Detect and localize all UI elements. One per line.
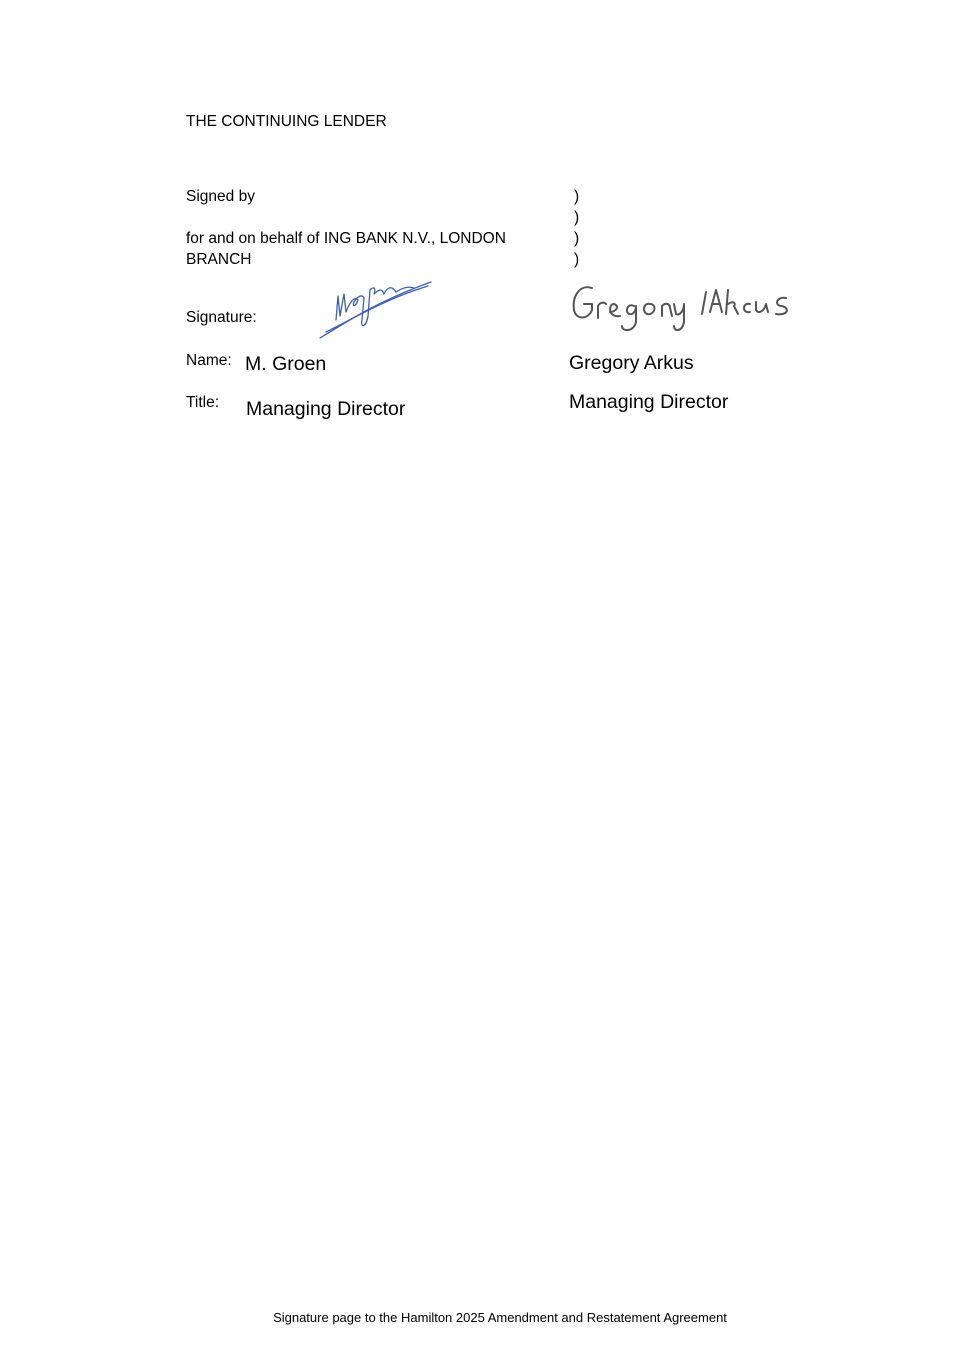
signature-image-groen [318,276,433,340]
signatory-2-title: Managing Director [569,391,728,414]
on-behalf-line-1: for and on behalf of ING BANK N.V., LOND… [186,230,506,248]
signatory-1-title: Managing Director [246,398,405,421]
signatory-2-name: Gregory Arkus [569,352,694,375]
page-footer: Signature page to the Hamilton 2025 Amen… [0,1310,965,1325]
name-label: Name: [186,352,232,370]
signed-by-label: Signed by [186,188,255,206]
bracket-paren: ) [574,188,579,206]
bracket-paren: ) [574,230,579,248]
title-label: Title: [186,394,219,412]
signature-image-arkus [570,282,795,334]
bracket-paren: ) [574,251,579,269]
signature-label: Signature: [186,309,257,327]
section-heading: THE CONTINUING LENDER [186,113,387,131]
signatory-1-name: M. Groen [245,353,326,376]
bracket-paren: ) [574,209,579,227]
on-behalf-line-2: BRANCH [186,251,251,269]
